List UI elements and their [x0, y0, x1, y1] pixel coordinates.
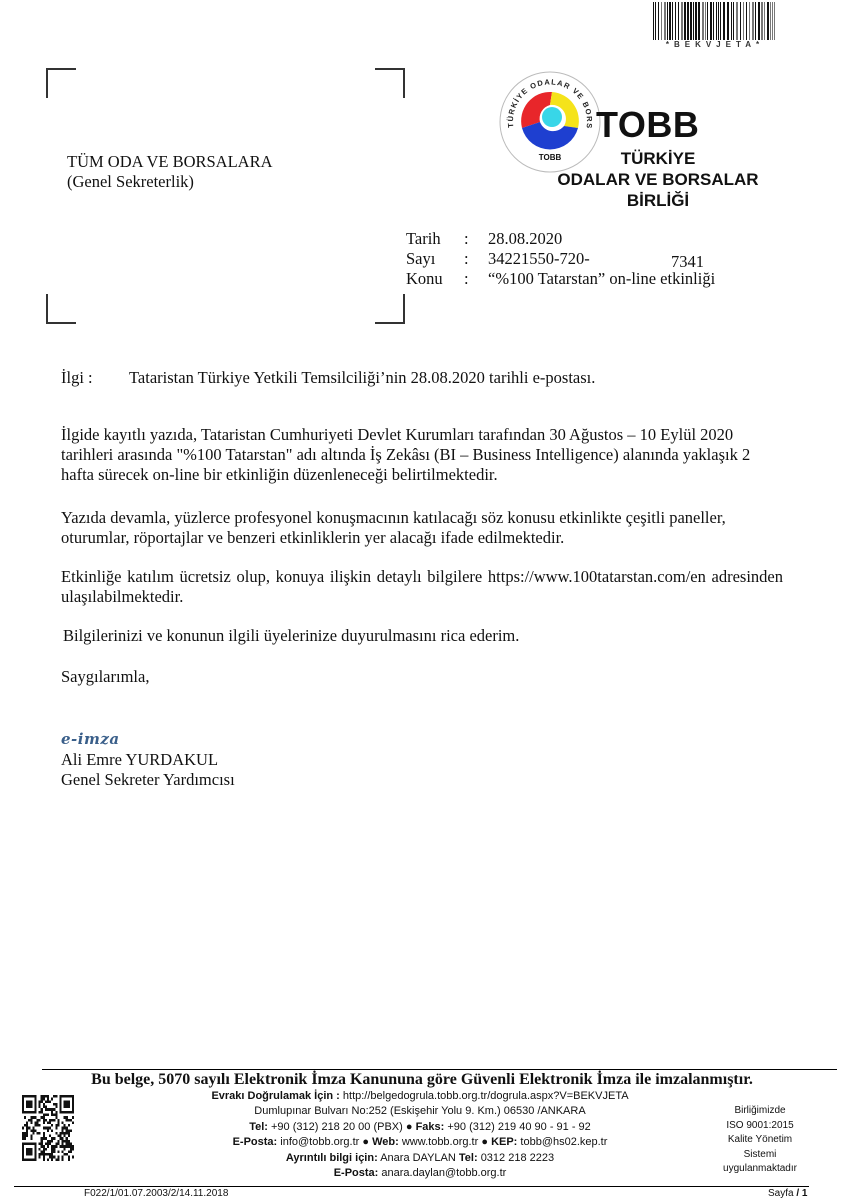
barcode — [651, 2, 779, 40]
contact-email-line: E-Posta: anara.daylan@tobb.org.tr — [150, 1166, 690, 1181]
page-number: Sayfa / 1 — [768, 1188, 807, 1199]
organization-name: TÜRKİYE ODALAR VE BORSALAR BİRLİĞİ — [548, 148, 768, 211]
qr-code[interactable] — [22, 1095, 74, 1161]
address-bracket-top-left — [46, 68, 76, 98]
email-link[interactable]: info@tobb.org.tr — [280, 1136, 359, 1148]
meta-date-row: Tarih : 28.08.2020 — [406, 229, 715, 249]
e-signature-notice: Bu belge, 5070 sayılı Elektronik İmza Ka… — [0, 1071, 844, 1089]
meta-number-suffix: 7341 — [671, 252, 704, 272]
bullet-icon: ● — [362, 1136, 369, 1148]
footer-bottom-divider — [14, 1186, 809, 1187]
meta-subject-value: “%100 Tatarstan” on-line etkinliği — [488, 269, 715, 289]
body-paragraph: Etkinliğe katılım ücretsiz olup, konuya … — [61, 567, 783, 607]
meta-number-row: Sayı : 34221550-720- — [406, 249, 715, 269]
bullet-icon: ● — [406, 1121, 413, 1133]
meta-number-value: 34221550-720- — [488, 249, 590, 269]
footer-contact-info: Evrakı Doğrulamak İçin : http://belgedog… — [150, 1089, 690, 1181]
address-bracket-top-right — [375, 68, 405, 98]
contact-person-line: Ayrıntılı bilgi için: Anara DAYLAN Tel: … — [150, 1151, 690, 1166]
web-link[interactable]: www.tobb.org.tr — [402, 1136, 478, 1148]
signer-name: Ali Emre YURDAKUL — [61, 750, 235, 770]
contact-email-link[interactable]: anara.daylan@tobb.org.tr — [381, 1167, 506, 1179]
recipient-block: TÜM ODA VE BORSALARA (Genel Sekreterlik) — [67, 152, 273, 192]
phone-line: Tel: +90 (312) 218 20 00 (PBX) ● Faks: +… — [150, 1120, 690, 1135]
body-paragraph: Bilgilerinizi ve konunun ilgili üyelerin… — [63, 626, 785, 646]
kep-link[interactable]: tobb@hs02.kep.tr — [520, 1136, 607, 1148]
verify-link[interactable]: http://belgedogrula.tobb.org.tr/dogrula.… — [343, 1090, 629, 1102]
address-line: Dumlupınar Bulvarı No:252 (Eskişehir Yol… — [150, 1104, 690, 1119]
reference-text: Tataristan Türkiye Yetkili Temsilciliği’… — [129, 368, 595, 388]
address-bracket-bottom-right — [375, 294, 405, 324]
reference-line: İlgi : Tataristan Türkiye Yetkili Temsil… — [61, 368, 595, 388]
meta-subject-row: Konu : “%100 Tatarstan” on-line etkinliğ… — [406, 269, 715, 289]
signer-block: Ali Emre YURDAKUL Genel Sekreter Yardımc… — [61, 750, 235, 790]
signer-title: Genel Sekreter Yardımcısı — [61, 770, 235, 790]
verify-line: Evrakı Doğrulamak İçin : http://belgedog… — [150, 1089, 690, 1104]
meta-date-value: 28.08.2020 — [488, 229, 562, 249]
recipient-name: TÜM ODA VE BORSALARA — [67, 152, 273, 172]
email-web-line: E-Posta: info@tobb.org.tr ● Web: www.tob… — [150, 1135, 690, 1150]
letter-meta: Tarih : 28.08.2020 Sayı : 34221550-720- … — [406, 229, 715, 289]
barcode-text: *BEKVJETA* — [651, 40, 779, 49]
bullet-icon: ● — [481, 1136, 488, 1148]
body-paragraph: Yazıda devamla, yüzlerce profesyonel kon… — [61, 508, 783, 548]
reference-label: İlgi : — [61, 368, 129, 388]
form-code: F022/1/01.07.2003/2/14.11.2018 — [84, 1188, 228, 1199]
footer-divider — [42, 1069, 837, 1070]
iso-certification-note: Birliğimizde ISO 9001:2015 Kalite Yöneti… — [716, 1104, 804, 1177]
closing-salutation: Saygılarımla, — [61, 667, 149, 687]
recipient-department: (Genel Sekreterlik) — [67, 172, 273, 192]
tobb-wordmark: TOBB — [596, 104, 699, 146]
e-signature-mark: e-imza — [61, 730, 120, 748]
address-bracket-bottom-left — [46, 294, 76, 324]
body-paragraph: İlgide kayıtlı yazıda, Tataristan Cumhur… — [61, 425, 783, 485]
